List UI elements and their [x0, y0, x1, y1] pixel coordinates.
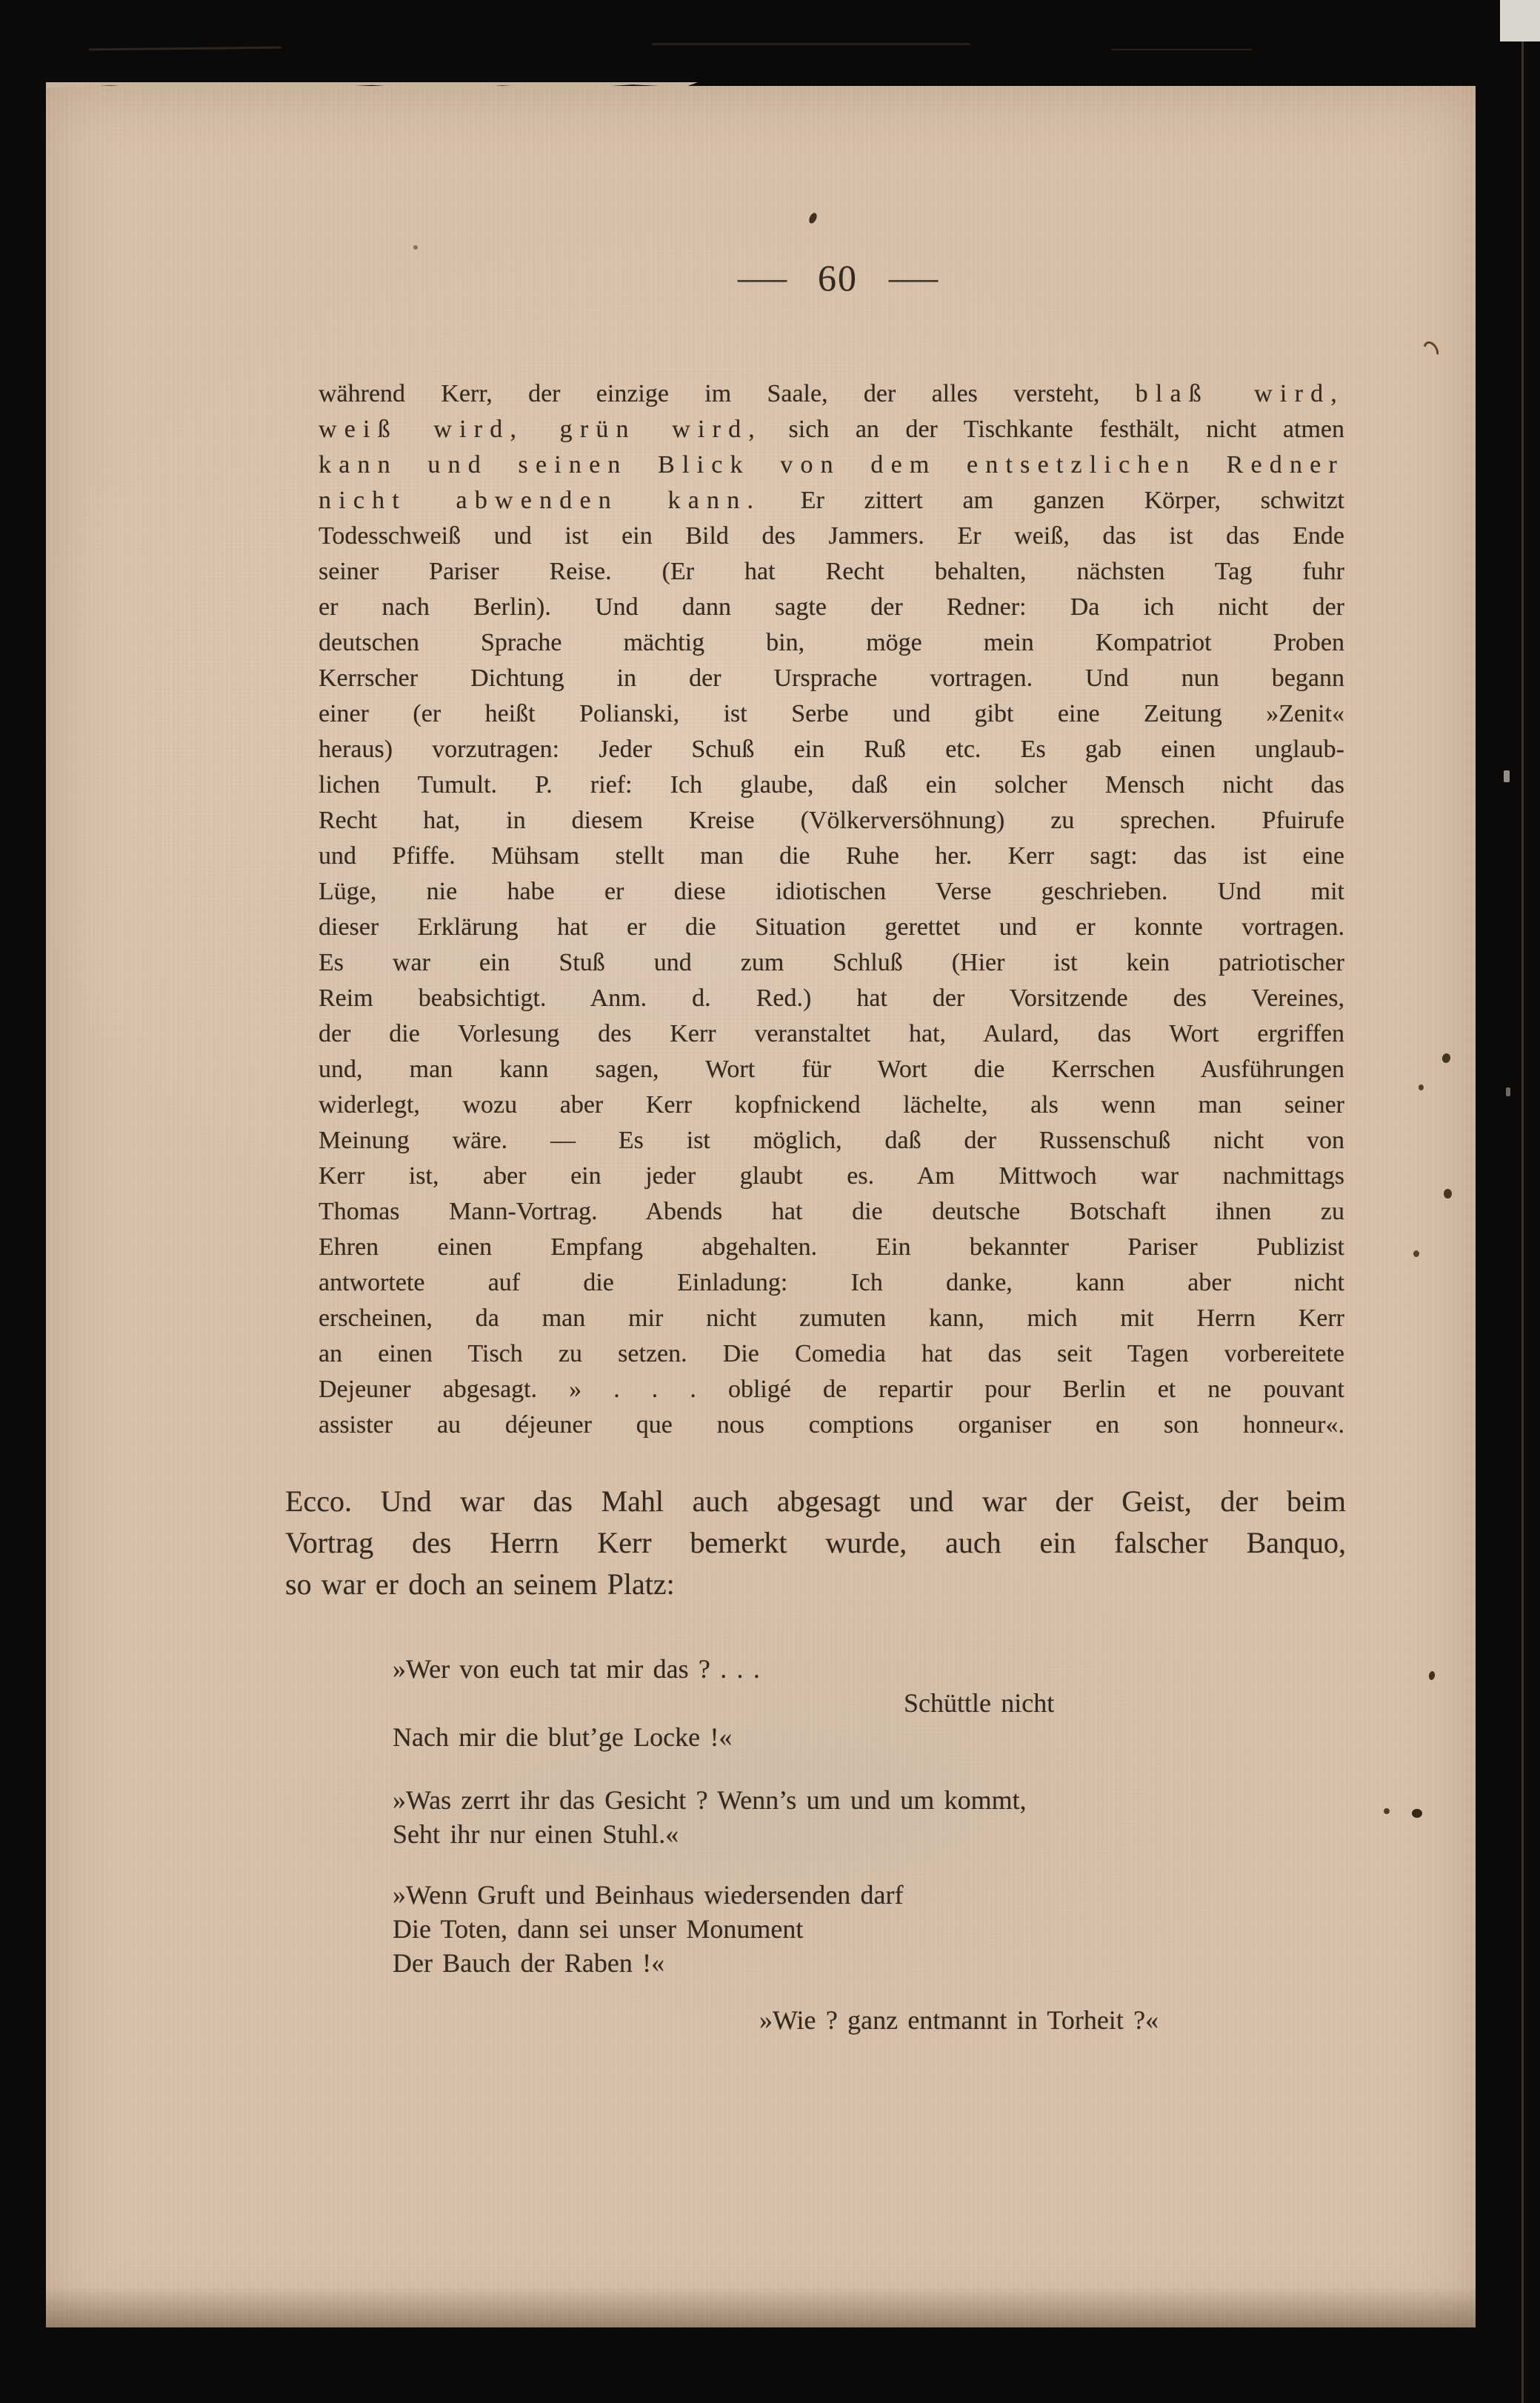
- text-segment: er nach Berlin). Und dann sagte der Redn…: [319, 593, 1344, 621]
- scan-scratch: [1111, 49, 1252, 50]
- poem-stanza: »Wie ? ganz entmannt in Torheit ?«: [393, 2003, 1244, 2037]
- text-segment: Todesschweiß und ist ein Bild des Jammer…: [319, 522, 1344, 550]
- poem-line: Der Bauch der Raben !«: [393, 1946, 1244, 1980]
- text-segment: Es war ein Stuß und zum Schluß (Hier ist…: [319, 949, 1344, 976]
- ink-speck: [807, 212, 818, 224]
- ecco-paragraph: Ecco. Und war das Mahl auch abgesagt und…: [285, 1481, 1346, 1605]
- text-segment: so war er doch an seinem Platz:: [285, 1567, 675, 1601]
- page-edge-line: [1521, 41, 1524, 2403]
- text-segment: deutschen Sprache mächtig bin, möge mein…: [319, 629, 1344, 656]
- poem-line: Die Toten, dann sei unser Monument: [393, 1912, 1244, 1946]
- poem-stanza: »Wenn Gruft und Beinhaus wiedersenden da…: [393, 1878, 1244, 1980]
- text-line: antwortete auf die Einladung: Ich danke,…: [319, 1265, 1344, 1301]
- text-line: an einen Tisch zu setzen. Die Comedia ha…: [319, 1336, 1344, 1372]
- page-header: — 60 —: [746, 256, 930, 299]
- text-segment: Reim beabsichtigt. Anm. d. Red.) hat der…: [319, 984, 1344, 1012]
- text-segment: assister au déjeuner que nous comptions …: [319, 1411, 1344, 1439]
- text-segment: Kerr ist, aber ein jeder glaubt es. Am M…: [319, 1162, 1344, 1190]
- text-line: kann und seinen Blick von dem entsetzlic…: [319, 447, 1344, 483]
- text-segment: seiner Pariser Reise. (Er hat Recht beha…: [319, 558, 1344, 585]
- text-line: dieser Erklärung hat er die Situation ge…: [319, 910, 1344, 945]
- text-segment: Thomas Mann-Vortrag. Abends hat die deut…: [319, 1198, 1344, 1225]
- poem-line: »Wer von euch tat mir das ? . . .: [393, 1652, 1244, 1686]
- poem-line: »Wie ? ganz entmannt in Torheit ?«: [759, 2003, 1244, 2037]
- text-line: seiner Pariser Reise. (Er hat Recht beha…: [319, 554, 1344, 590]
- text-segment: dieser Erklärung hat er die Situation ge…: [319, 913, 1344, 941]
- torn-paper-edge: [46, 82, 698, 90]
- text-line: Kerrscher Dichtung in der Ursprache vort…: [319, 661, 1344, 696]
- header-dash-right: —: [889, 259, 938, 297]
- text-line: und Pfiffe. Mühsam stellt man die Ruhe h…: [319, 839, 1344, 874]
- scan-scratch: [652, 43, 970, 45]
- text-segment: lichen Tumult. P. rief: Ich glaube, daß …: [319, 771, 1344, 799]
- text-segment: widerlegt, wozu aber Kerr kopfnickend lä…: [319, 1091, 1344, 1119]
- text-segment: Vortrag des Herrn Kerr bemerkt wurde, au…: [285, 1526, 1346, 1559]
- text-line: Meinung wäre. — Es ist möglich, daß der …: [319, 1123, 1344, 1159]
- ink-speck: [1428, 1670, 1436, 1680]
- text-line: der die Vorlesung des Kerr veranstaltet …: [319, 1016, 1344, 1052]
- book-page: — 60 — während Kerr, der einzige im Saal…: [46, 86, 1476, 2327]
- ink-speck: [1419, 1084, 1424, 1090]
- text-segment: und, man kann sagen, Wort für Wort die K…: [319, 1056, 1344, 1083]
- ink-speck: [1412, 1809, 1422, 1818]
- letterspaced-text: kann und seinen Blick von dem entsetzlic…: [319, 451, 1344, 479]
- text-segment: Lüge, nie habe er diese idiotischen Vers…: [319, 878, 1344, 905]
- text-segment: sich an der Tischkante festhält, nicht a…: [762, 416, 1344, 443]
- ink-speck: [1421, 339, 1442, 362]
- main-paragraph: während Kerr, der einzige im Saale, der …: [319, 376, 1344, 1443]
- poem-quotes: »Wer von euch tat mir das ? . . .Schüttl…: [393, 1652, 1244, 2037]
- poem-line: »Wenn Gruft und Beinhaus wiedersenden da…: [393, 1878, 1244, 1912]
- text-segment: Kerrscher Dichtung in der Ursprache vort…: [319, 664, 1344, 692]
- text-line: deutschen Sprache mächtig bin, möge mein…: [319, 625, 1344, 661]
- page-corner-highlight: [1500, 0, 1540, 41]
- text-segment: der die Vorlesung des Kerr veranstaltet …: [319, 1020, 1344, 1047]
- text-line: Reim beabsichtigt. Anm. d. Red.) hat der…: [319, 981, 1344, 1016]
- text-line: Thomas Mann-Vortrag. Abends hat die deut…: [319, 1194, 1344, 1230]
- text-line: lichen Tumult. P. rief: Ich glaube, daß …: [319, 767, 1344, 803]
- text-line: nicht abwenden kann. Er zittert am ganze…: [319, 483, 1344, 519]
- text-line: so war er doch an seinem Platz:: [285, 1564, 1346, 1605]
- text-line: heraus) vorzutragen: Jeder Schuß ein Ruß…: [319, 732, 1344, 767]
- text-segment: heraus) vorzutragen: Jeder Schuß ein Ruß…: [319, 736, 1344, 763]
- letterspaced-text: blaß wird,: [1136, 380, 1344, 407]
- poem-line: Nach mir die blut’ge Locke !«: [393, 1720, 1244, 1754]
- text-line: Vortrag des Herrn Kerr bemerkt wurde, au…: [285, 1522, 1346, 1564]
- ink-speck: [1444, 1189, 1452, 1199]
- ink-speck: [1384, 1808, 1390, 1814]
- text-line: Todesschweiß und ist ein Bild des Jammer…: [319, 519, 1344, 554]
- scan-scratch: [89, 47, 281, 51]
- text-line: Lüge, nie habe er diese idiotischen Vers…: [319, 874, 1344, 910]
- text-segment: einer (er heißt Polianski, ist Serbe und…: [319, 700, 1344, 727]
- poem-line: »Was zerrt ihr das Gesicht ? Wenn’s um u…: [393, 1783, 1244, 1817]
- text-line: assister au déjeuner que nous comptions …: [319, 1407, 1344, 1443]
- text-line: und, man kann sagen, Wort für Wort die K…: [319, 1052, 1344, 1087]
- text-line: während Kerr, der einzige im Saale, der …: [319, 376, 1344, 412]
- text-segment: an einen Tisch zu setzen. Die Comedia ha…: [319, 1340, 1344, 1367]
- ink-speck: [1413, 1250, 1419, 1257]
- text-segment: Meinung wäre. — Es ist möglich, daß der …: [319, 1127, 1344, 1154]
- poem-line: Seht ihr nur einen Stuhl.«: [393, 1817, 1244, 1851]
- letterspaced-text: weiß wird, grün wird,: [319, 416, 762, 443]
- text-line: Ecco. Und war das Mahl auch abgesagt und…: [285, 1481, 1346, 1522]
- text-segment: antwortete auf die Einladung: Ich danke,…: [319, 1269, 1344, 1296]
- text-segment: Ecco. Und war das Mahl auch abgesagt und…: [285, 1484, 1346, 1518]
- text-line: einer (er heißt Polianski, ist Serbe und…: [319, 696, 1344, 732]
- text-segment: Recht hat, in diesem Kreise (Völkerversö…: [319, 807, 1344, 834]
- poem-stanza: »Wer von euch tat mir das ? . . .Schüttl…: [393, 1652, 1244, 1754]
- page-number: 60: [818, 256, 858, 299]
- text-segment: während Kerr, der einzige im Saale, der …: [319, 380, 1136, 407]
- text-line: widerlegt, wozu aber Kerr kopfnickend lä…: [319, 1087, 1344, 1123]
- text-line: weiß wird, grün wird, sich an der Tischk…: [319, 412, 1344, 447]
- text-segment: Ehren einen Empfang abgehalten. Ein beka…: [319, 1233, 1344, 1261]
- ink-speck: [413, 245, 418, 250]
- text-line: Ehren einen Empfang abgehalten. Ein beka…: [319, 1230, 1344, 1265]
- text-line: Es war ein Stuß und zum Schluß (Hier ist…: [319, 945, 1344, 981]
- page-edge-mark: [1506, 1087, 1510, 1096]
- text-line: er nach Berlin). Und dann sagte der Redn…: [319, 590, 1344, 625]
- text-segment: und Pfiffe. Mühsam stellt man die Ruhe h…: [319, 842, 1344, 870]
- text-line: Recht hat, in diesem Kreise (Völkerversö…: [319, 803, 1344, 839]
- text-segment: Er zittert am ganzen Körper, schwitzt: [761, 487, 1344, 514]
- page-edge-mark: [1504, 770, 1510, 782]
- letterspaced-text: nicht abwenden kann.: [319, 487, 761, 514]
- header-dash-left: —: [738, 259, 787, 297]
- ink-speck: [1441, 1053, 1452, 1064]
- poem-line: Schüttle nicht: [904, 1686, 1244, 1720]
- text-segment: Dejeuner abgesagt. » . . . obligé de rep…: [319, 1376, 1344, 1403]
- text-line: Dejeuner abgesagt. » . . . obligé de rep…: [319, 1372, 1344, 1407]
- poem-stanza: »Was zerrt ihr das Gesicht ? Wenn’s um u…: [393, 1783, 1244, 1851]
- text-line: erscheinen, da man mir nicht zumuten kan…: [319, 1301, 1344, 1336]
- text-line: Kerr ist, aber ein jeder glaubt es. Am M…: [319, 1159, 1344, 1194]
- text-segment: erscheinen, da man mir nicht zumuten kan…: [319, 1304, 1344, 1332]
